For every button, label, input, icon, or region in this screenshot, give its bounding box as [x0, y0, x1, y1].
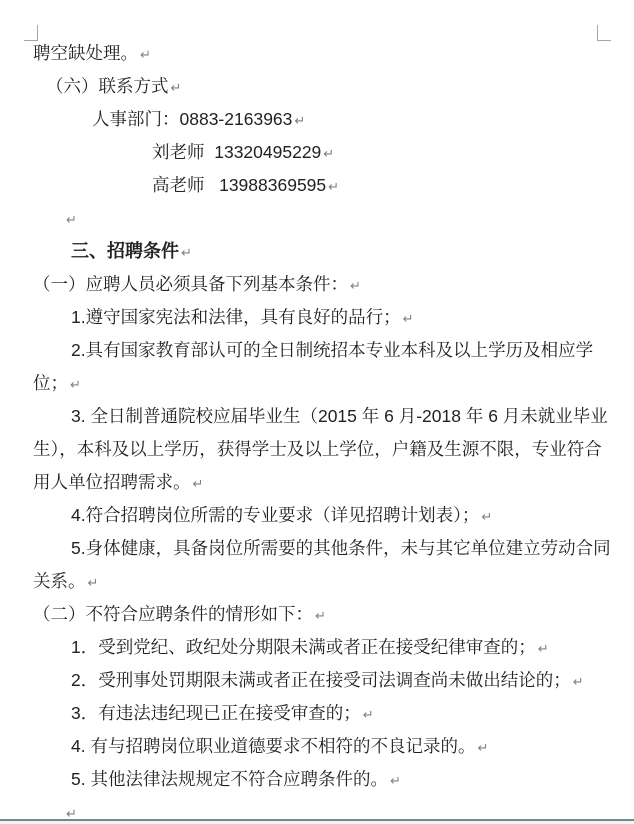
line-text: 生），本科及以上学历，获得学士及以上学位，户籍及生源不限，专业符合	[33, 439, 602, 459]
text-line: 位；↵	[33, 367, 81, 400]
paragraph-mark-icon: ↵	[573, 675, 584, 690]
paragraph-mark-icon: ↵	[481, 510, 492, 525]
text-line: 1．受到党纪、政纪处分期限未满或者正在接受纪律审查的；↵	[71, 631, 549, 664]
paragraph-mark-icon: ↵	[171, 81, 182, 96]
paragraph-mark-icon: ↵	[363, 708, 374, 723]
text-line: 5. 其他法律法规规定不符合应聘条件的。↵	[71, 763, 401, 796]
line-text: 5. 其他法律法规规定不符合应聘条件的。	[71, 769, 388, 789]
line-text: （二）不符合应聘条件的情形如下：	[33, 604, 313, 624]
text-line: 1.遵守国家宪法和法律，具有良好的品行；↵	[71, 301, 414, 334]
paragraph-mark-icon: ↵	[328, 180, 339, 195]
line-text: 4.符合招聘岗位所需的专业要求（详见招聘计划表）；	[71, 505, 479, 525]
paragraph-mark-icon: ↵	[294, 114, 305, 129]
text-line: 2.具有国家教育部认可的全日制统招本专业本科及以上学历及相应学	[71, 334, 593, 367]
text-line: 用人单位招聘需求。↵	[33, 466, 203, 499]
line-text: （一）应聘人员必须具备下列基本条件：	[33, 274, 348, 294]
text-line: 4. 有与招聘岗位职业道德要求不相符的不良记录的。↵	[71, 730, 488, 763]
line-text: 高老师 13988369595	[152, 175, 326, 195]
paragraph-mark-icon: ↵	[140, 48, 151, 63]
document-page: 聘空缺处理。↵（六）联系方式↵人事部门：0883-2163963↵刘老师 133…	[0, 0, 634, 824]
line-text: 3．有违法违纪现已正在接受审查的；	[71, 703, 361, 723]
text-line: 5.身体健康，具备岗位所需要的其他条件，未与其它单位建立劳动合同	[71, 532, 611, 565]
text-line: 刘老师 13320495229↵	[152, 136, 334, 169]
document-body: 聘空缺处理。↵（六）联系方式↵人事部门：0883-2163963↵刘老师 133…	[0, 0, 634, 818]
paragraph-mark-icon: ↵	[66, 213, 77, 228]
text-line: （六）联系方式↵	[46, 70, 181, 103]
paragraph-mark-icon: ↵	[390, 774, 401, 789]
paragraph-mark-icon: ↵	[315, 609, 326, 624]
line-text: 关系。	[33, 571, 86, 591]
line-text: 位；	[33, 373, 68, 393]
line-text: 人事部门：0883-2163963	[92, 109, 292, 129]
text-line: 2．受刑事处罚期限未满或者正在接受司法调查尚未做出结论的；↵	[71, 664, 584, 697]
text-line: 生），本科及以上学历，获得学士及以上学位，户籍及生源不限，专业符合	[33, 433, 602, 466]
line-text: 聘空缺处理。	[33, 43, 138, 63]
line-text: 刘老师 13320495229	[152, 142, 321, 162]
text-line: 3. 全日制普通院校应届毕业生（2015 年 6 月-2018 年 6 月未就业…	[71, 400, 608, 433]
paragraph-mark-icon: ↵	[477, 741, 488, 756]
line-text: 1.遵守国家宪法和法律，具有良好的品行；	[71, 307, 401, 327]
line-text: 4. 有与招聘岗位职业道德要求不相符的不良记录的。	[71, 736, 475, 756]
heading-line: 三、招聘条件↵	[71, 235, 192, 268]
paragraph-mark-icon: ↵	[323, 147, 334, 162]
text-line: 人事部门：0883-2163963↵	[92, 103, 305, 136]
text-line: 高老师 13988369595↵	[152, 169, 339, 202]
line-text: 用人单位招聘需求。	[33, 472, 191, 492]
text-line: 4.符合招聘岗位所需的专业要求（详见招聘计划表）；↵	[71, 499, 492, 532]
text-line: 关系。↵	[33, 565, 98, 598]
line-text: 3. 全日制普通院校应届毕业生（2015 年 6 月-2018 年 6 月未就业…	[71, 406, 608, 426]
empty-paragraph-line: ↵	[64, 202, 77, 235]
line-text: 1．受到党纪、政纪处分期限未满或者正在接受纪律审查的；	[71, 637, 536, 657]
line-text: 5.身体健康，具备岗位所需要的其他条件，未与其它单位建立劳动合同	[71, 538, 611, 558]
line-text: 三、招聘条件	[71, 241, 179, 261]
paragraph-mark-icon: ↵	[350, 279, 361, 294]
paragraph-mark-icon: ↵	[538, 642, 549, 657]
paragraph-mark-icon: ↵	[193, 477, 204, 492]
text-line: （一）应聘人员必须具备下列基本条件：↵	[33, 268, 361, 301]
paragraph-mark-icon: ↵	[88, 576, 99, 591]
paragraph-mark-icon: ↵	[70, 378, 81, 393]
text-line: 聘空缺处理。↵	[33, 37, 151, 70]
line-text: 2.具有国家教育部认可的全日制统招本专业本科及以上学历及相应学	[71, 340, 593, 360]
paragraph-mark-icon: ↵	[403, 312, 414, 327]
line-text: 2．受刑事处罚期限未满或者正在接受司法调查尚未做出结论的；	[71, 670, 571, 690]
paragraph-mark-icon: ↵	[181, 246, 192, 261]
text-line: （二）不符合应聘条件的情形如下：↵	[33, 598, 326, 631]
line-text: （六）联系方式	[46, 76, 169, 96]
text-line: 3．有违法违纪现已正在接受审查的；↵	[71, 697, 374, 730]
